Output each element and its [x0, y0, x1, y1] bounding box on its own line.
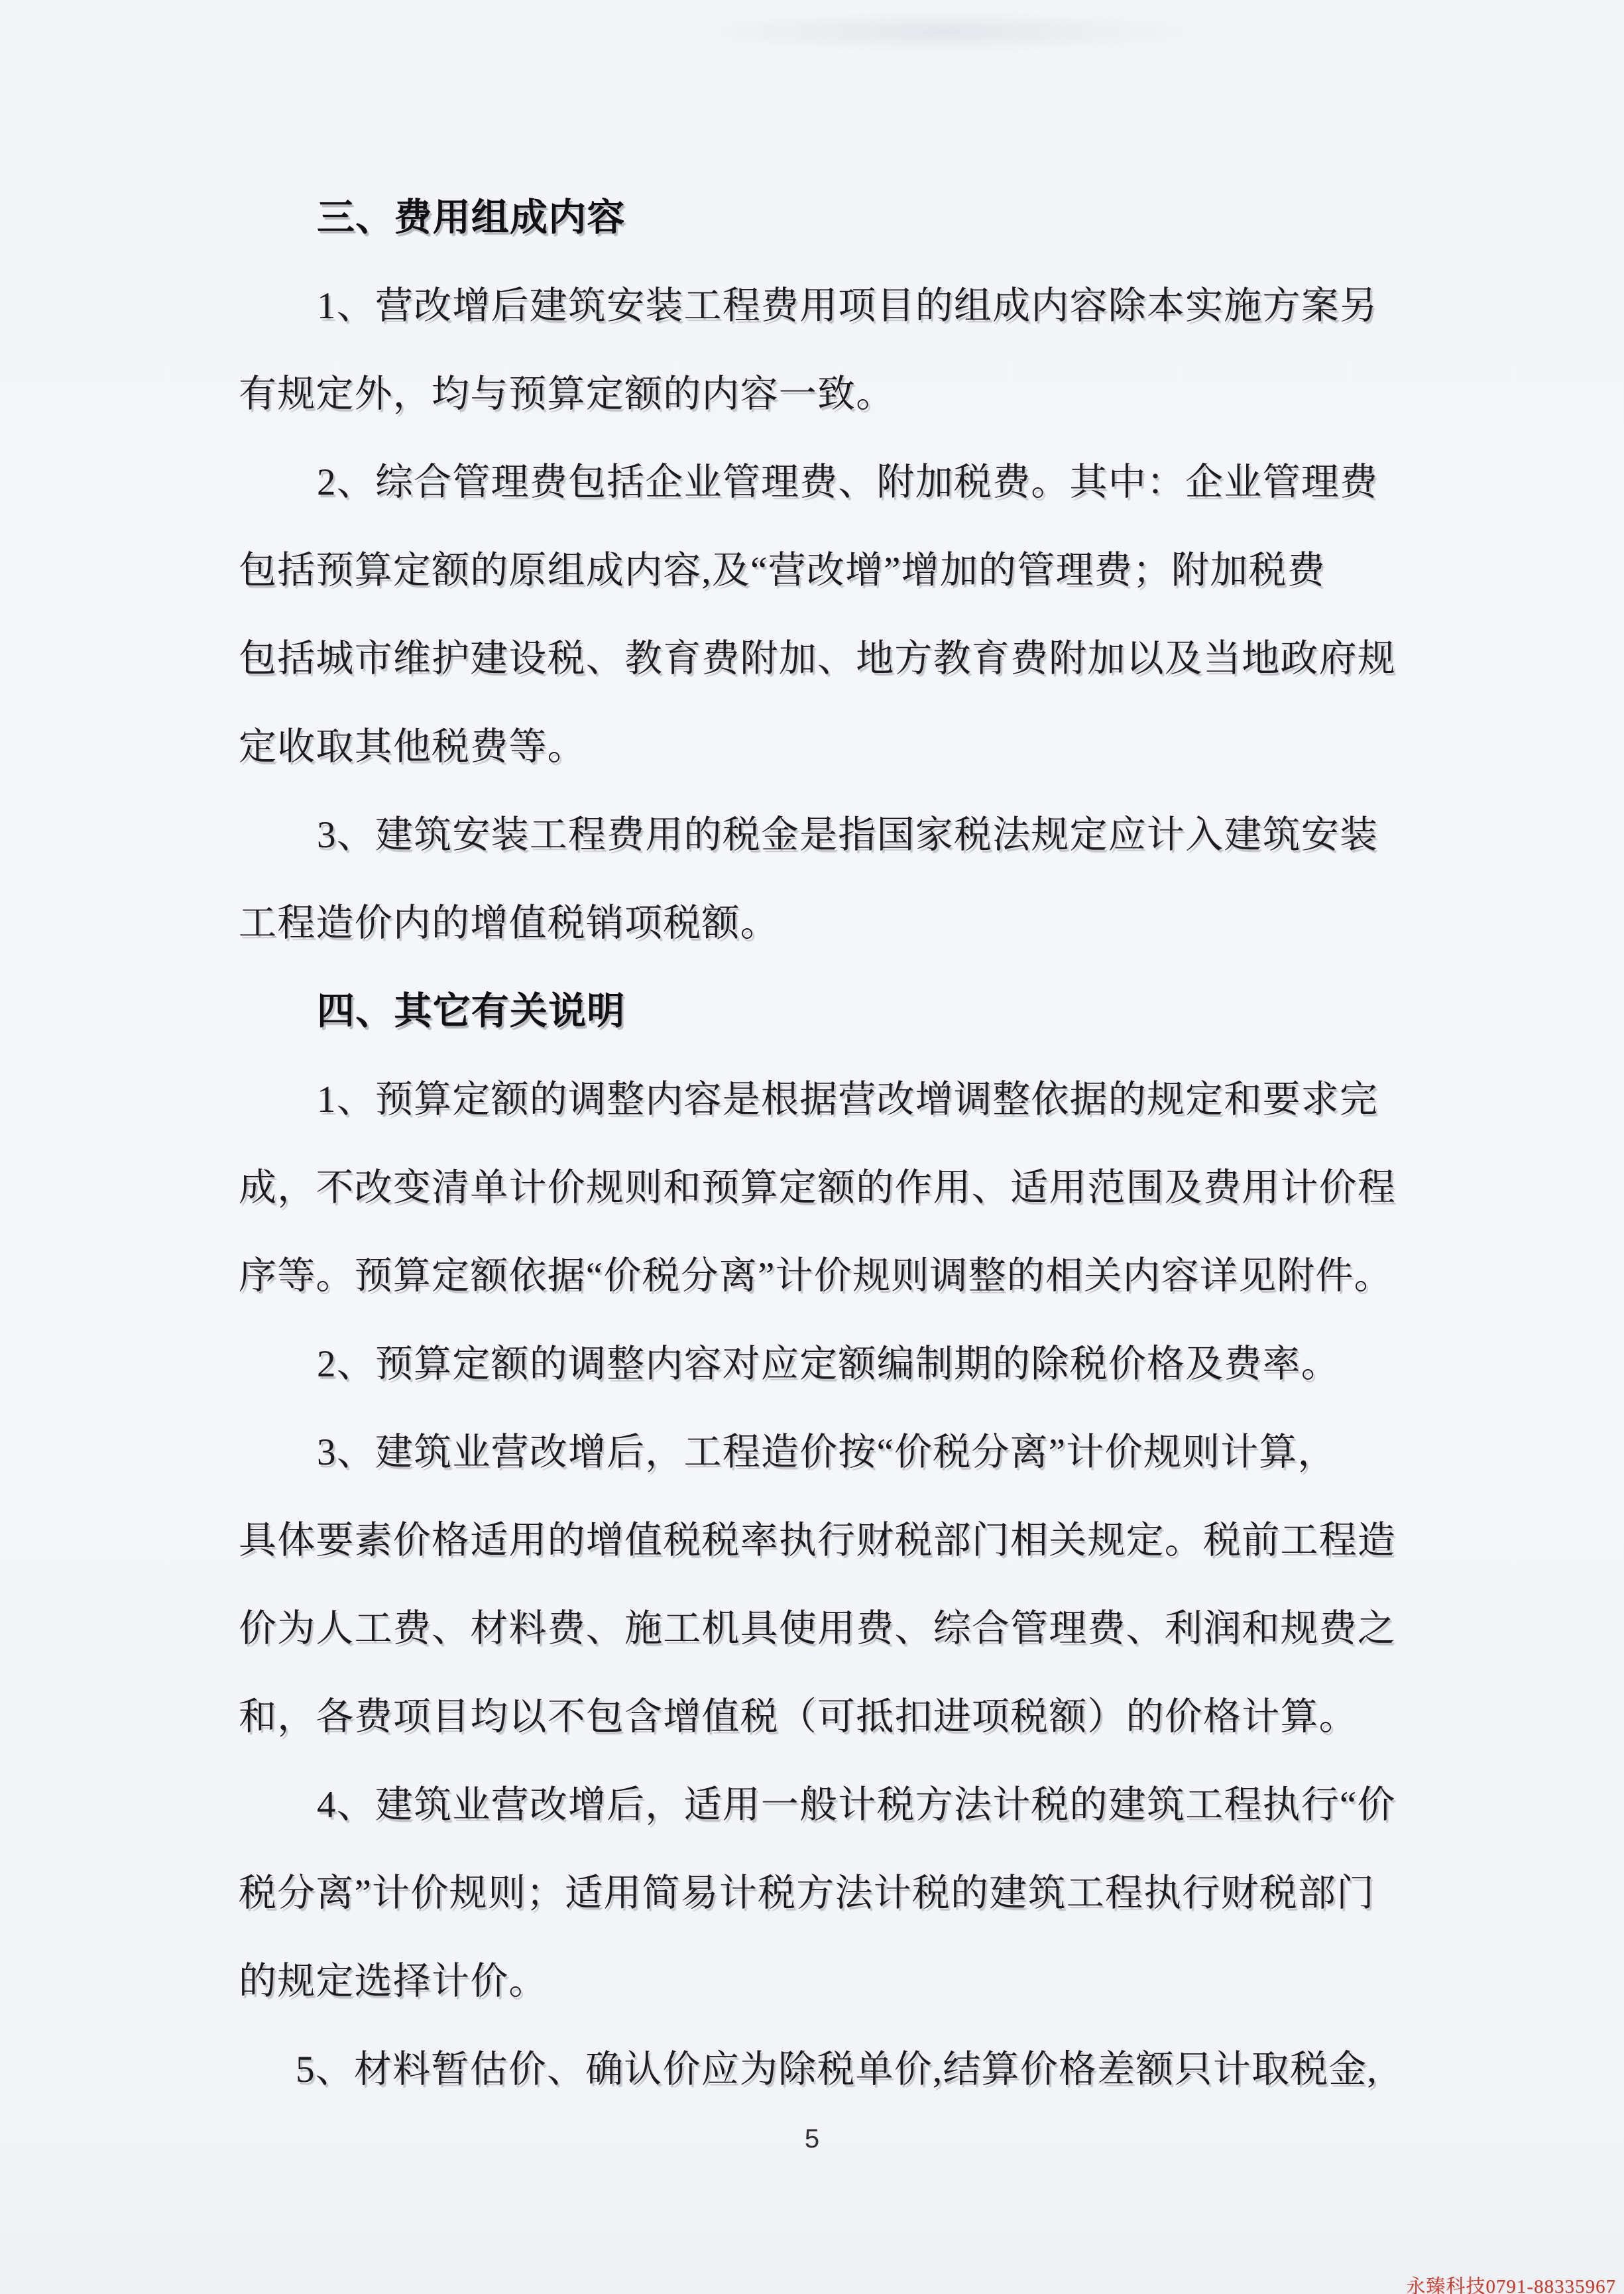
text-line: 4、建筑业营改增后，适用一般计税方法计税的建筑工程执行“价 [239, 1761, 1392, 1849]
text-line: 2、综合管理费包括企业管理费、附加税费。其中：企业管理费 [239, 438, 1392, 526]
text-line: 成，不改变清单计价规则和预算定额的作用、适用范围及费用计价程 [239, 1144, 1392, 1232]
text-line: 价为人工费、材料费、施工机具使用费、综合管理费、利润和规费之 [239, 1585, 1392, 1673]
section-heading: 三、费用组成内容 [239, 174, 1392, 262]
text-line: 定收取其他税费等。 [239, 703, 1392, 791]
text-line: 包括预算定额的原组成内容,及“营改增”增加的管理费；附加税费 [239, 526, 1392, 615]
text-line: 5、材料暂估价、确认价应为除税单价,结算价格差额只计取税金, [239, 2025, 1392, 2114]
text-line: 3、建筑安装工程费用的税金是指国家税法规定应计入建筑安装 [239, 791, 1392, 879]
text-line: 工程造价内的增值税销项税额。 [239, 879, 1392, 967]
text-line: 1、营改增后建筑安装工程费用项目的组成内容除本实施方案另 [239, 262, 1392, 350]
text-line: 和，各费项目均以不包含增值税（可抵扣进项税额）的价格计算。 [239, 1673, 1392, 1761]
text-line: 2、预算定额的调整内容对应定额编制期的除税价格及费率。 [239, 1320, 1392, 1408]
page-number: 5 [0, 2124, 1624, 2154]
text-line: 包括城市维护建设税、教育费附加、地方教育费附加以及当地政府规 [239, 615, 1392, 703]
scanned-document-page: 三、费用组成内容1、营改增后建筑安装工程费用项目的组成内容除本实施方案另有规定外… [0, 0, 1624, 2294]
text-line: 具体要素价格适用的增值税税率执行财税部门相关规定。税前工程造 [239, 1496, 1392, 1585]
section-heading: 四、其它有关说明 [239, 967, 1392, 1056]
text-line: 序等。预算定额依据“价税分离”计价规则调整的相关内容详见附件。 [239, 1232, 1392, 1320]
text-line: 3、建筑业营改增后，工程造价按“价税分离”计价规则计算， [239, 1408, 1392, 1496]
text-line: 有规定外，均与预算定额的内容一致。 [239, 350, 1392, 438]
scan-smudge [716, 12, 1220, 52]
text-line: 税分离”计价规则；适用简易计税方法计税的建筑工程执行财税部门 [239, 1849, 1392, 1937]
document-lines: 三、费用组成内容1、营改增后建筑安装工程费用项目的组成内容除本实施方案另有规定外… [239, 174, 1392, 2114]
text-line: 1、预算定额的调整内容是根据营改增调整依据的规定和要求完 [239, 1056, 1392, 1144]
vendor-watermark: 永臻科技0791-88335967 [1406, 2271, 1616, 2294]
text-line: 的规定选择计价。 [239, 1937, 1392, 2025]
